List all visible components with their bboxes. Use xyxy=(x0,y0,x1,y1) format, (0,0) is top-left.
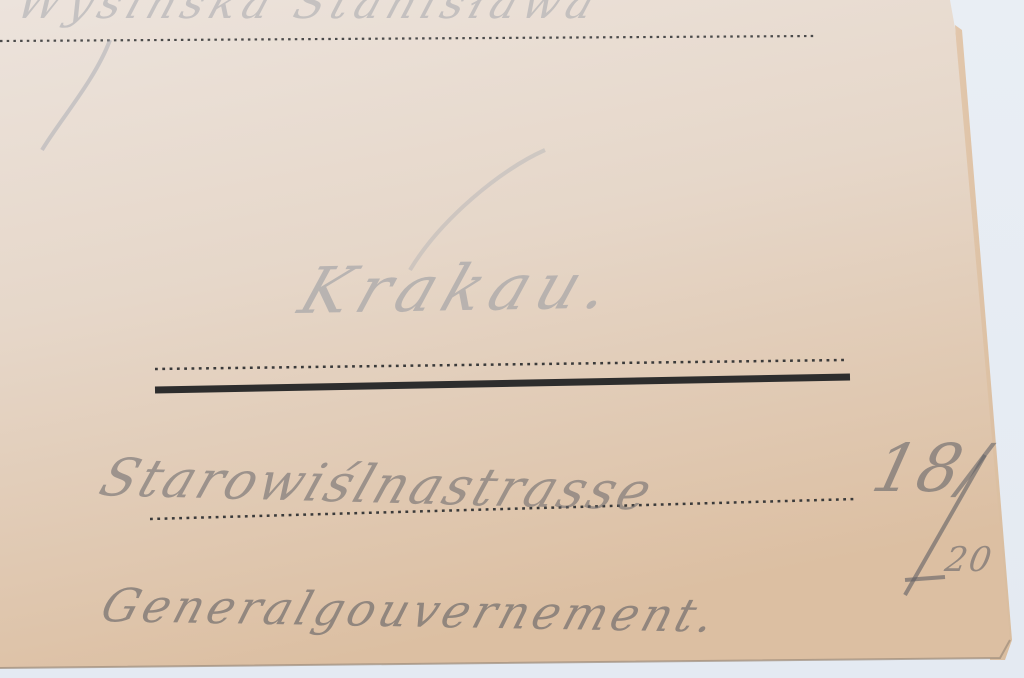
region-name: Generalgouvernement. xyxy=(95,578,726,643)
envelope: Wysinska Stanisława Krakau. Starowiślnas… xyxy=(0,0,1024,678)
envelope-paper-shape xyxy=(0,0,1024,678)
recipient-name: Wysinska Stanisława xyxy=(10,0,608,29)
city-name: Krakau. xyxy=(290,250,629,329)
house-number: 18/ xyxy=(865,430,996,507)
apartment-number: 20 xyxy=(942,540,996,580)
